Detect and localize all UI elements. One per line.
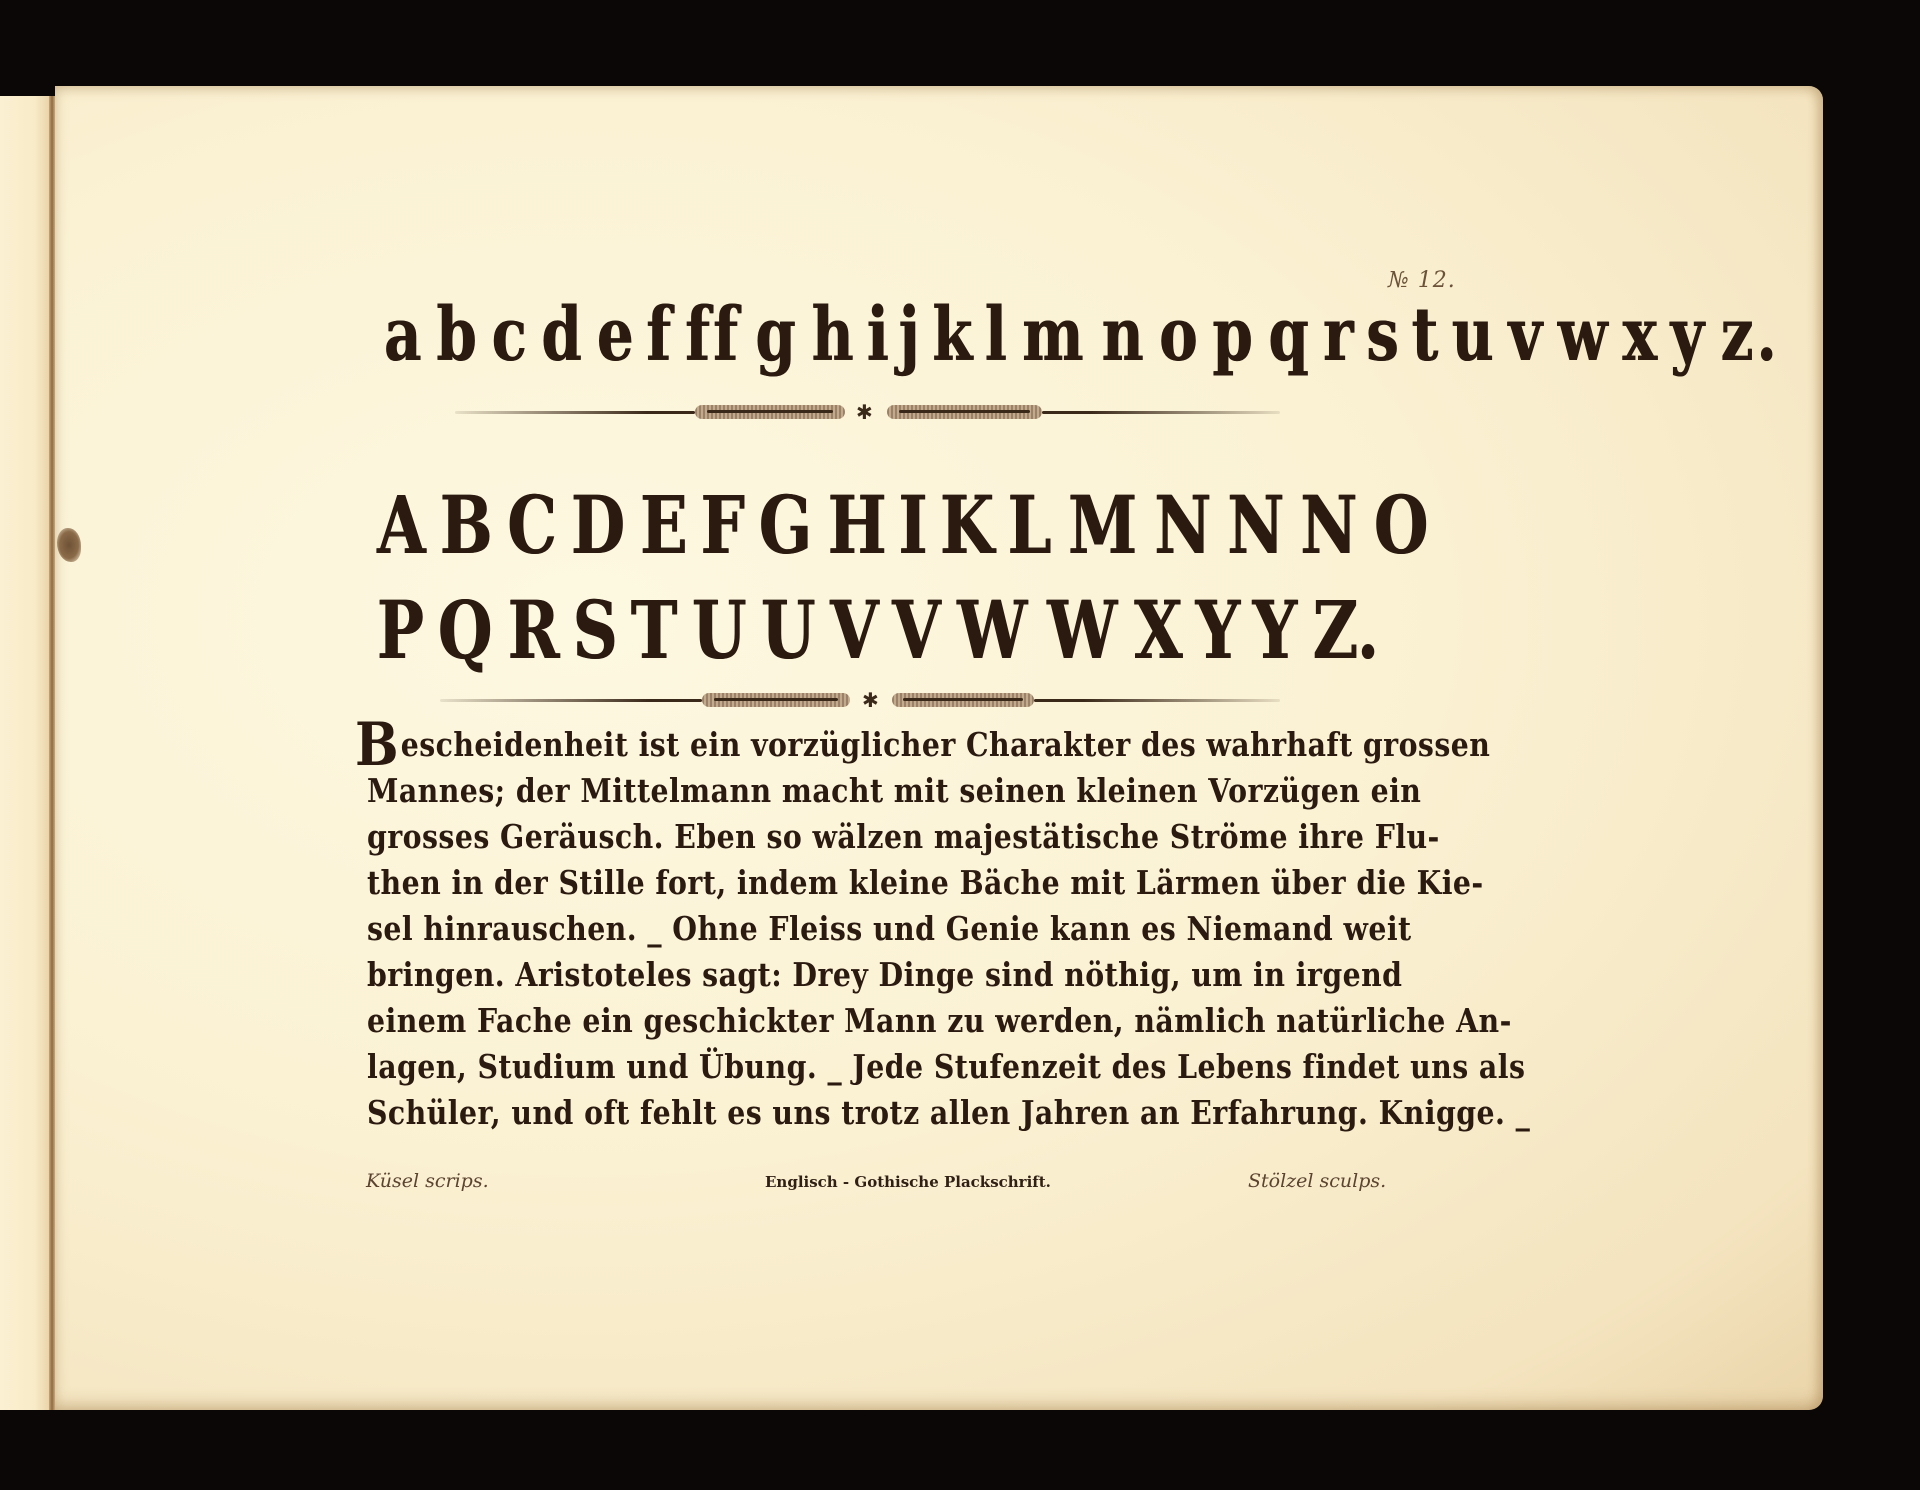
paragraph-line-text: Mannes; der Mittelmann macht mit seinen … [367,768,1421,814]
alphabet-glyph: Y [1252,583,1297,677]
alphabet-glyph: h [811,292,856,378]
alphabet-glyph: A [377,478,425,572]
divider-flourish-right [887,405,1042,419]
alphabet-glyph: Q [438,583,492,677]
alphabet-glyph: U [691,583,745,677]
alphabet-glyph: Z. [1313,583,1379,677]
scribe-credit: Küsel scrips. [366,1170,489,1192]
alphabet-glyph: p [1213,292,1256,378]
paragraph-line-text: lagen, Studium und Übung. _ Jede Stufenz… [367,1044,1525,1090]
divider-rule-right [1042,411,1280,414]
alphabet-glyph: o [1159,292,1201,378]
alphabet-glyph: E [639,478,687,572]
engraver-credit: Stölzel sculps. [1248,1170,1386,1192]
alphabet-glyph: j [898,292,922,378]
alphabet-glyph: P [377,583,424,677]
alphabet-glyph: C [507,478,557,572]
alphabet-glyph: l [984,292,1009,378]
alphabet-glyph: z. [1721,292,1780,378]
alphabet-glyph: t [1411,292,1441,378]
paragraph-line-text: bringen. Aristoteles sagt: Drey Dinge si… [367,952,1402,998]
alphabet-glyph: s [1366,292,1402,378]
alphabet-glyph: G [758,478,811,572]
paragraph-line: sel hinrauschen. _ Ohne Fleiss und Genie… [355,906,1365,952]
alphabet-glyph: M [1067,478,1136,572]
alphabet-glyph: D [571,478,625,572]
alphabet-glyph: c [491,292,529,378]
alphabet-glyph: H [827,478,886,572]
divider-flourish-right [892,693,1034,707]
alphabet-glyph: Y [1195,583,1240,677]
ornamental-divider-top: ✱ [455,402,1280,422]
uppercase-alphabet-row-2: PQRSTUUVVWWXYYZ. [370,583,1380,677]
divider-flourish-left [702,693,850,707]
alphabet-glyph: ff [685,292,741,378]
ornamental-divider-bottom: ✱ [440,690,1280,710]
alphabet-glyph: O [1373,478,1427,572]
alphabet-glyph: q [1268,292,1311,378]
divider-rule-left [440,699,702,702]
alphabet-glyph: i [866,292,891,378]
alphabet-glyph: r [1323,292,1357,378]
alphabet-glyph: V [892,583,940,677]
alphabet-glyph: x [1623,292,1661,378]
alphabet-glyph: e [596,292,636,378]
paragraph-line-text: grosses Geräusch. Eben so wälzen majestä… [367,814,1440,860]
asterisk-ornament-icon: ✱ [856,400,873,424]
paragraph-line-text: einem Fache ein geschickter Mann zu werd… [367,998,1512,1044]
paper-stain [57,528,81,562]
alphabet-glyph: k [932,292,975,378]
alphabet-glyph: N [1227,478,1284,572]
plate-number: № 12. [1388,268,1456,293]
paragraph-line-text: Schüler, und oft fehlt es uns trotz alle… [367,1090,1530,1136]
alphabet-glyph: a [384,292,425,378]
paragraph-line: Bescheidenheit ist ein vorzüglicher Char… [355,722,1365,768]
alphabet-glyph: w [1557,292,1610,378]
alphabet-glyph: F [700,478,744,572]
plate-title: Englisch - Gothische Plackschrift. [765,1173,1051,1191]
alphabet-glyph: d [541,292,584,378]
alphabet-glyph: L [1008,478,1052,572]
uppercase-alphabet-row-1: ABCDEFGHIKLMNNNO [370,478,1380,572]
sample-paragraph: Bescheidenheit ist ein vorzüglicher Char… [355,722,1365,1136]
alphabet-glyph: I [899,478,928,572]
paragraph-line: bringen. Aristoteles sagt: Drey Dinge si… [355,952,1365,998]
paragraph-line-text: sel hinrauschen. _ Ohne Fleiss und Genie… [367,906,1412,952]
alphabet-glyph: m [1022,292,1086,378]
facing-page-edge [0,96,50,1410]
asterisk-ornament-icon: ✱ [862,688,879,712]
alphabet-glyph: g [755,292,798,378]
alphabet-glyph: X [1134,583,1182,677]
lowercase-alphabet: abcdefffghijklmnopqrstuvwxyz. [378,292,1388,378]
paragraph-line: grosses Geräusch. Eben so wälzen majestä… [355,814,1365,860]
paragraph-line: then in der Stille fort, indem kleine Bä… [355,860,1365,906]
paragraph-line: Mannes; der Mittelmann macht mit seinen … [355,768,1365,814]
alphabet-glyph: S [573,583,618,677]
paragraph-line: einem Fache ein geschickter Mann zu werd… [355,998,1365,1044]
alphabet-glyph: W [957,583,1027,677]
alphabet-glyph: n [1102,292,1147,378]
divider-rule-right [1034,699,1280,702]
alphabet-glyph: b [436,292,479,378]
line-text: escheidenheit ist ein vorzüglicher Chara… [401,725,1491,764]
alphabet-glyph: N [1154,478,1211,572]
paragraph-line-text: then in der Stille fort, indem kleine Bä… [367,860,1484,906]
alphabet-glyph: K [940,478,994,572]
alphabet-glyph: V [830,583,878,677]
alphabet-glyph: U [761,583,815,677]
alphabet-glyph: N [1301,478,1358,572]
alphabet-glyph: T [631,583,677,677]
alphabet-glyph: R [507,583,559,677]
alphabet-glyph: u [1451,292,1496,378]
paragraph-line: lagen, Studium und Übung. _ Jede Stufenz… [355,1044,1365,1090]
alphabet-glyph: B [440,478,493,572]
alphabet-glyph: f [646,292,674,378]
paragraph-line-text: Bescheidenheit ist ein vorzüglicher Char… [355,722,1490,768]
paragraph-line: Schüler, und oft fehlt es uns trotz alle… [355,1090,1365,1136]
alphabet-glyph: W [1047,583,1117,677]
alphabet-glyph: v [1508,292,1545,378]
alphabet-glyph: y [1671,292,1708,378]
divider-flourish-left [695,405,845,419]
divider-rule-left [455,411,695,414]
